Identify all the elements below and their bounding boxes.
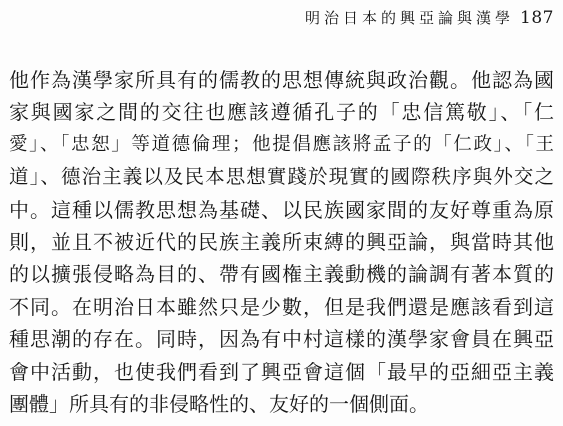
paragraph-line: 則，並且不被近代的民族主義所束縛的興亞論，與當時其他 bbox=[9, 226, 554, 258]
paragraph-line: 道」、德治主義以及民本思想實踐於現實的國際秩序與外交之 bbox=[9, 161, 554, 193]
paragraph-line: 會中活動，也使我們看到了興亞會這個「最早的亞細亞主義 bbox=[9, 356, 554, 388]
paragraph-line: 種思潮的存在。同時，因為有中村這樣的漢學家會員在興亞 bbox=[9, 323, 554, 355]
paragraph: 他作為漢學家所具有的儒教的思想傳統與政治觀。他認為國 家與國家之間的交往也應該遵… bbox=[9, 64, 554, 420]
paragraph-line: 中。這種以儒教思想為基礎、以民族國家間的友好尊重為原 bbox=[9, 194, 554, 226]
running-header-title: 明治日本的興亞論與漢學 bbox=[305, 9, 514, 27]
paragraph-line: 團體」所具有的非侵略性的、友好的一個側面。 bbox=[9, 388, 554, 420]
paragraph-line: 的以擴張侵略為目的、帶有國権主義動機的論調有著本質的 bbox=[9, 258, 554, 290]
book-page: 明治日本的興亞論與漢學187 他作為漢學家所具有的儒教的思想傳統與政治觀。他認為… bbox=[0, 0, 563, 426]
page-number: 187 bbox=[520, 8, 554, 28]
paragraph-line: 他作為漢學家所具有的儒教的思想傳統與政治觀。他認為國 bbox=[9, 64, 554, 96]
paragraph-line: 不同。在明治日本雖然只是少數，但是我們還是應該看到這 bbox=[9, 291, 554, 323]
running-header: 明治日本的興亞論與漢學187 bbox=[0, 7, 554, 28]
paragraph-line: 愛」、「忠恕」等道德倫理；他提倡應該將孟子的「仁政」、「王 bbox=[9, 129, 554, 161]
paragraph-line: 家與國家之間的交往也應該遵循孔子的「忠信篤敬」、「仁 bbox=[9, 96, 554, 128]
